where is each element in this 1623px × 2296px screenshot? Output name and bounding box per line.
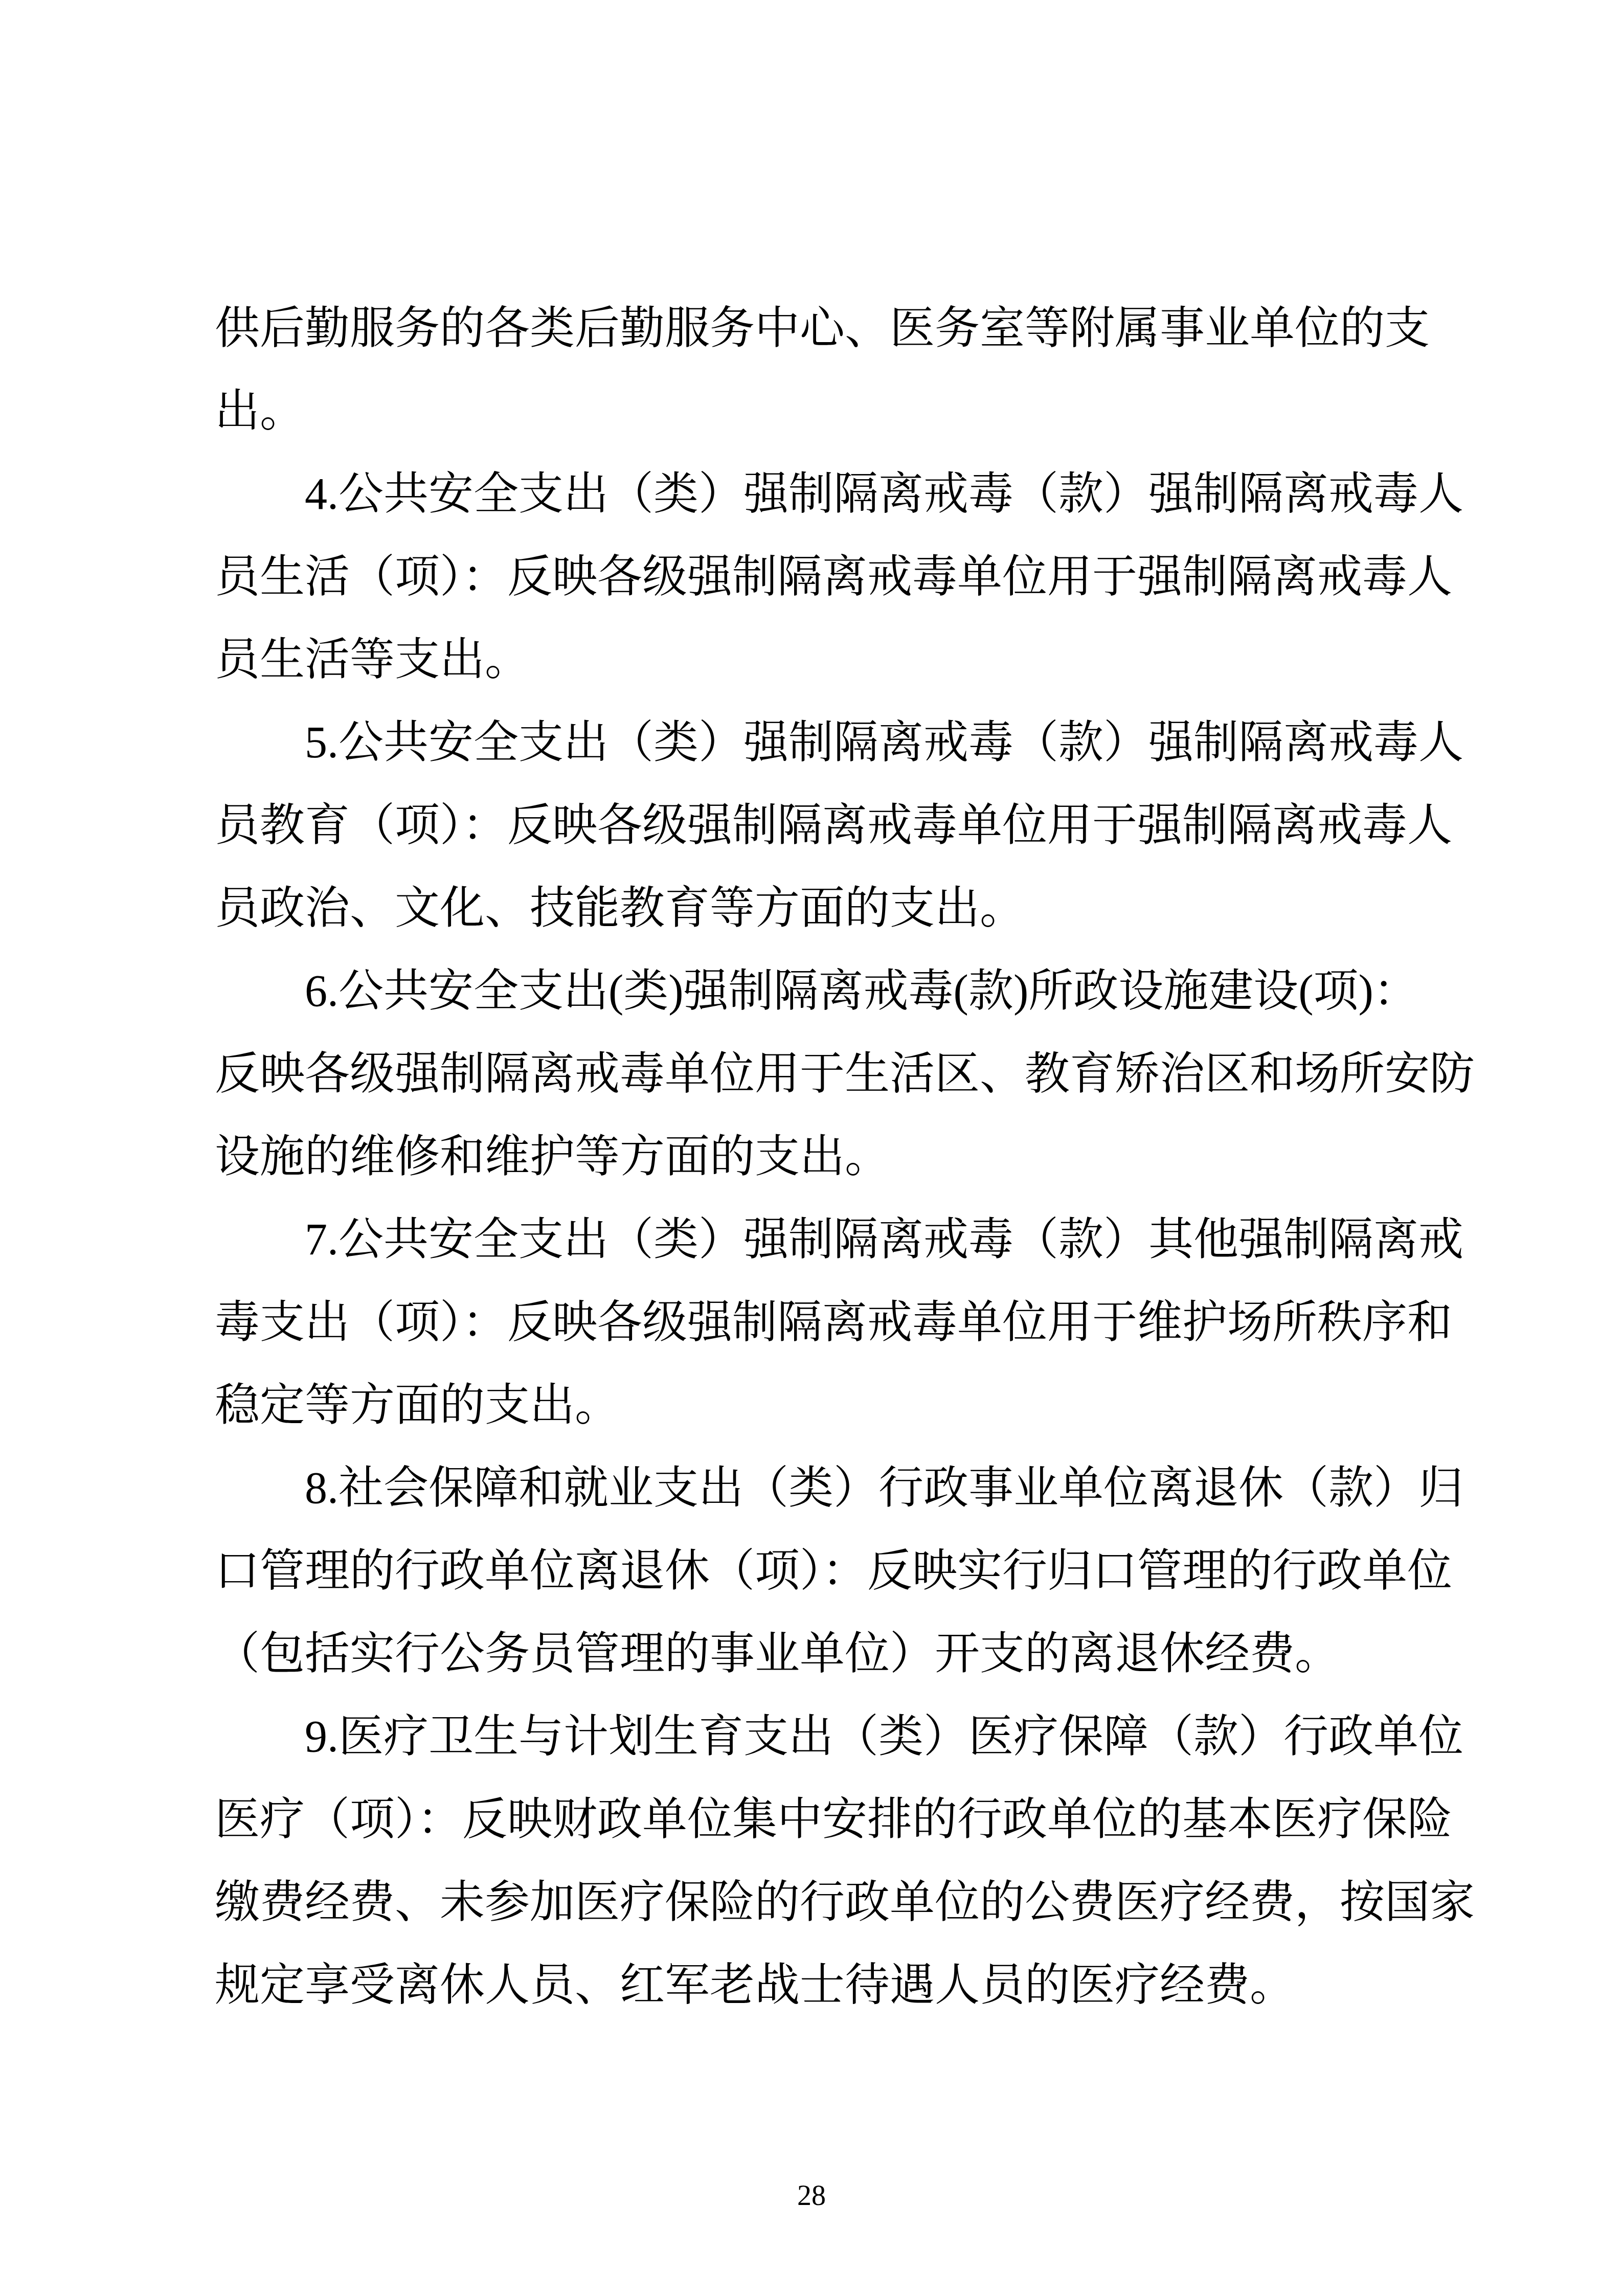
text-line: 缴费经费、未参加医疗保险的行政单位的公费医疗经费，按国家 bbox=[215, 1861, 1442, 1944]
document-page: 供后勤服务的各类后勤服务中心、医务室等附属事业单位的支出。4.公共安全支出（类）… bbox=[0, 0, 1623, 2296]
text-line: 规定享受离休人员、红军老战士待遇人员的医疗经费。 bbox=[215, 1944, 1442, 2027]
text-line: 员政治、文化、技能教育等方面的支出。 bbox=[215, 867, 1442, 950]
text-line: 9.医疗卫生与计划生育支出（类）医疗保障（款）行政单位 bbox=[215, 1696, 1442, 1779]
text-line: 出。 bbox=[215, 370, 1442, 453]
text-line: 口管理的行政单位离退休（项）：反映实行归口管理的行政单位 bbox=[215, 1530, 1442, 1613]
text-line: 设施的维修和维护等方面的支出。 bbox=[215, 1116, 1442, 1199]
page-number: 28 bbox=[0, 2179, 1623, 2212]
text-line: 员生活等支出。 bbox=[215, 619, 1442, 702]
text-line: 毒支出（项）：反映各级强制隔离戒毒单位用于维护场所秩序和 bbox=[215, 1281, 1442, 1364]
text-line: 6.公共安全支出(类)强制隔离戒毒(款)所政设施建设(项)： bbox=[215, 950, 1442, 1033]
text-line: 医疗（项）：反映财政单位集中安排的行政单位的基本医疗保险 bbox=[215, 1779, 1442, 1861]
text-line: 8.社会保障和就业支出（类）行政事业单位离退休（款）归 bbox=[215, 1447, 1442, 1530]
page-body-text: 供后勤服务的各类后勤服务中心、医务室等附属事业单位的支出。4.公共安全支出（类）… bbox=[215, 287, 1442, 2027]
text-line: 5.公共安全支出（类）强制隔离戒毒（款）强制隔离戒毒人 bbox=[215, 702, 1442, 784]
text-line: 反映各级强制隔离戒毒单位用于生活区、教育矫治区和场所安防 bbox=[215, 1033, 1442, 1116]
text-line: （包括实行公务员管理的事业单位）开支的离退休经费。 bbox=[215, 1613, 1442, 1696]
text-line: 员教育（项）：反映各级强制隔离戒毒单位用于强制隔离戒毒人 bbox=[215, 784, 1442, 867]
text-line: 7.公共安全支出（类）强制隔离戒毒（款）其他强制隔离戒 bbox=[215, 1199, 1442, 1281]
text-line: 稳定等方面的支出。 bbox=[215, 1364, 1442, 1447]
text-line: 供后勤服务的各类后勤服务中心、医务室等附属事业单位的支 bbox=[215, 287, 1442, 370]
text-line: 4.公共安全支出（类）强制隔离戒毒（款）强制隔离戒毒人 bbox=[215, 453, 1442, 536]
text-line: 员生活（项）：反映各级强制隔离戒毒单位用于强制隔离戒毒人 bbox=[215, 536, 1442, 619]
